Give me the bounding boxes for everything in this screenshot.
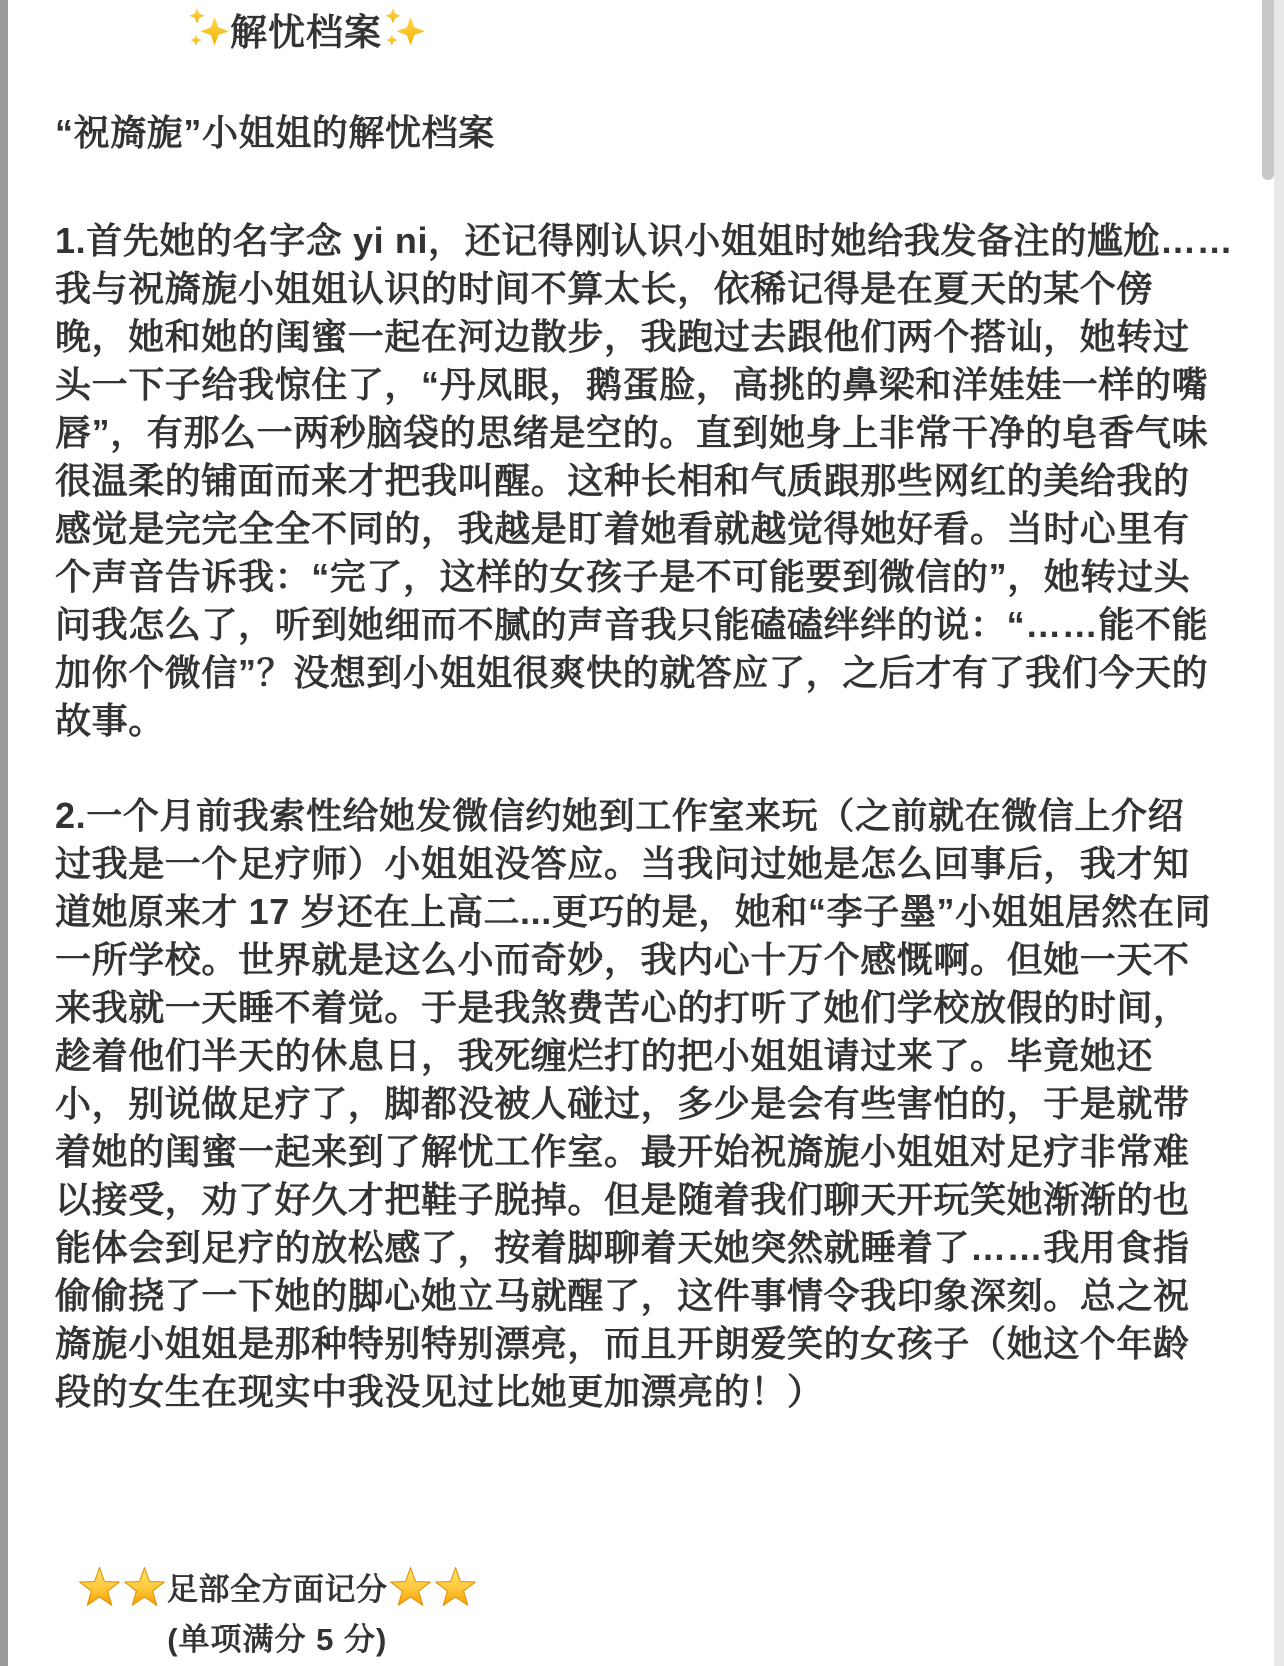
document-page: 解忧档案 “祝旖旎”小姐姐的解忧档案 1.首先她的名字念 yi ni，还记得刚认…	[0, 0, 1284, 1666]
score-section-title: 足部全方面记分	[77, 1560, 478, 1612]
text-line: 很温柔的铺面而来才把我叫醒。这种长相和气质跟那些网红的美给我的	[55, 457, 1274, 505]
note-content: 解忧档案 “祝旖旎”小姐姐的解忧档案 1.首先她的名字念 yi ni，还记得刚认…	[8, 0, 1274, 1666]
page-title: 解忧档案	[186, 4, 1274, 54]
star-icon-group-left	[77, 1563, 167, 1610]
left-page-edge	[0, 0, 8, 1666]
text-line: 感觉是完完全全不同的，我越是盯着她看就越觉得她好看。当时心里有	[55, 505, 1274, 553]
star-icon	[433, 1563, 478, 1610]
star-icon-group-right	[388, 1563, 478, 1610]
text-line: 段的女生在现实中我没见过比她更加漂亮的！）	[55, 1368, 1274, 1416]
sparkles-icon	[186, 7, 230, 51]
text-line: 着她的闺蜜一起来到了解忧工作室。最开始祝旖旎小姐姐对足疗非常难	[55, 1128, 1274, 1176]
text-line: 唇”，有那么一两秒脑袋的思绪是空的。直到她身上非常干净的皂香气味	[55, 409, 1274, 457]
text-line: 1.首先她的名字念 yi ni，还记得刚认识小姐姐时她给我发备注的尴尬……	[55, 217, 1274, 265]
scrollbar-track[interactable]	[1274, 0, 1284, 1666]
screenshot-root: { "page": { "colors": { "bg": "#ffffff",…	[0, 0, 1284, 1666]
star-icon	[388, 1563, 433, 1610]
text-line: 偷偷挠了一下她的脚心她立马就醒了，这件事情令我印象深刻。总之祝	[55, 1272, 1274, 1320]
subtitle: “祝旖旎”小姐姐的解忧档案	[55, 109, 1274, 157]
score-title-text: 足部全方面记分	[167, 1564, 388, 1609]
text-line: 来我就一天睡不着觉。于是我煞费苦心的打听了她们学校放假的时间，	[55, 984, 1274, 1032]
text-line: 头一下子给我惊住了，“丹凤眼，鹅蛋脸，高挑的鼻梁和洋娃娃一样的嘴	[55, 361, 1274, 409]
text-line: 一所学校。世界就是这么小而奇妙，我内心十万个感慨啊。但她一天不	[55, 936, 1274, 984]
text-line: 趁着他们半天的休息日，我死缠烂打的把小姐姐请过来了。毕竟她还	[55, 1032, 1274, 1080]
text-line: 问我怎么了，听到她细而不腻的声音我只能磕磕绊绊的说：“……能不能	[55, 601, 1274, 649]
text-line: 道她原来才 17 岁还在上高二...更巧的是，她和“李子墨”小姐姐居然在同	[55, 888, 1274, 936]
paragraph-1: 1.首先她的名字念 yi ni，还记得刚认识小姐姐时她给我发备注的尴尬……我与祝…	[55, 217, 1274, 745]
text-line: 以接受，劝了好久才把鞋子脱掉。但是随着我们聊天开玩笑她渐渐的也	[55, 1176, 1274, 1224]
text-line: 小，别说做足疗了，脚都没被人碰过，多少是会有些害怕的，于是就带	[55, 1080, 1274, 1128]
page-title-text: 解忧档案	[230, 2, 382, 56]
text-line: 加你个微信”？没想到小姐姐很爽快的就答应了，之后才有了我们今天的	[55, 649, 1274, 697]
text-line: 故事。	[55, 697, 1274, 745]
text-line: 晚，她和她的闺蜜一起在河边散步，我跑过去跟他们两个搭讪，她转过	[55, 313, 1274, 361]
score-section-note: (单项满分 5 分)	[77, 1618, 478, 1662]
star-icon	[77, 1563, 122, 1610]
text-line: 过我是一个足疗师）小姐姐没答应。当我问过她是怎么回事后，我才知	[55, 840, 1274, 888]
text-line: 旖旎小姐姐是那种特别特别漂亮，而且开朗爱笑的女孩子（她这个年龄	[55, 1320, 1274, 1368]
text-line: 我与祝旖旎小姐姐认识的时间不算太长，依稀记得是在夏天的某个傍	[55, 265, 1274, 313]
text-line: 2.一个月前我索性给她发微信约她到工作室来玩（之前就在微信上介绍	[55, 792, 1274, 840]
star-icon	[122, 1563, 167, 1610]
scrollbar-thumb[interactable]	[1262, 0, 1274, 180]
sparkles-icon	[382, 7, 426, 51]
text-line: 个声音告诉我：“完了，这样的女孩子是不可能要到微信的”，她转过头	[55, 553, 1274, 601]
text-line: 能体会到足疗的放松感了，按着脚聊着天她突然就睡着了……我用食指	[55, 1224, 1274, 1272]
paragraph-2: 2.一个月前我索性给她发微信约她到工作室来玩（之前就在微信上介绍过我是一个足疗师…	[55, 792, 1274, 1416]
score-section: 足部全方面记分 (单项满分 5 分)	[77, 1560, 478, 1662]
